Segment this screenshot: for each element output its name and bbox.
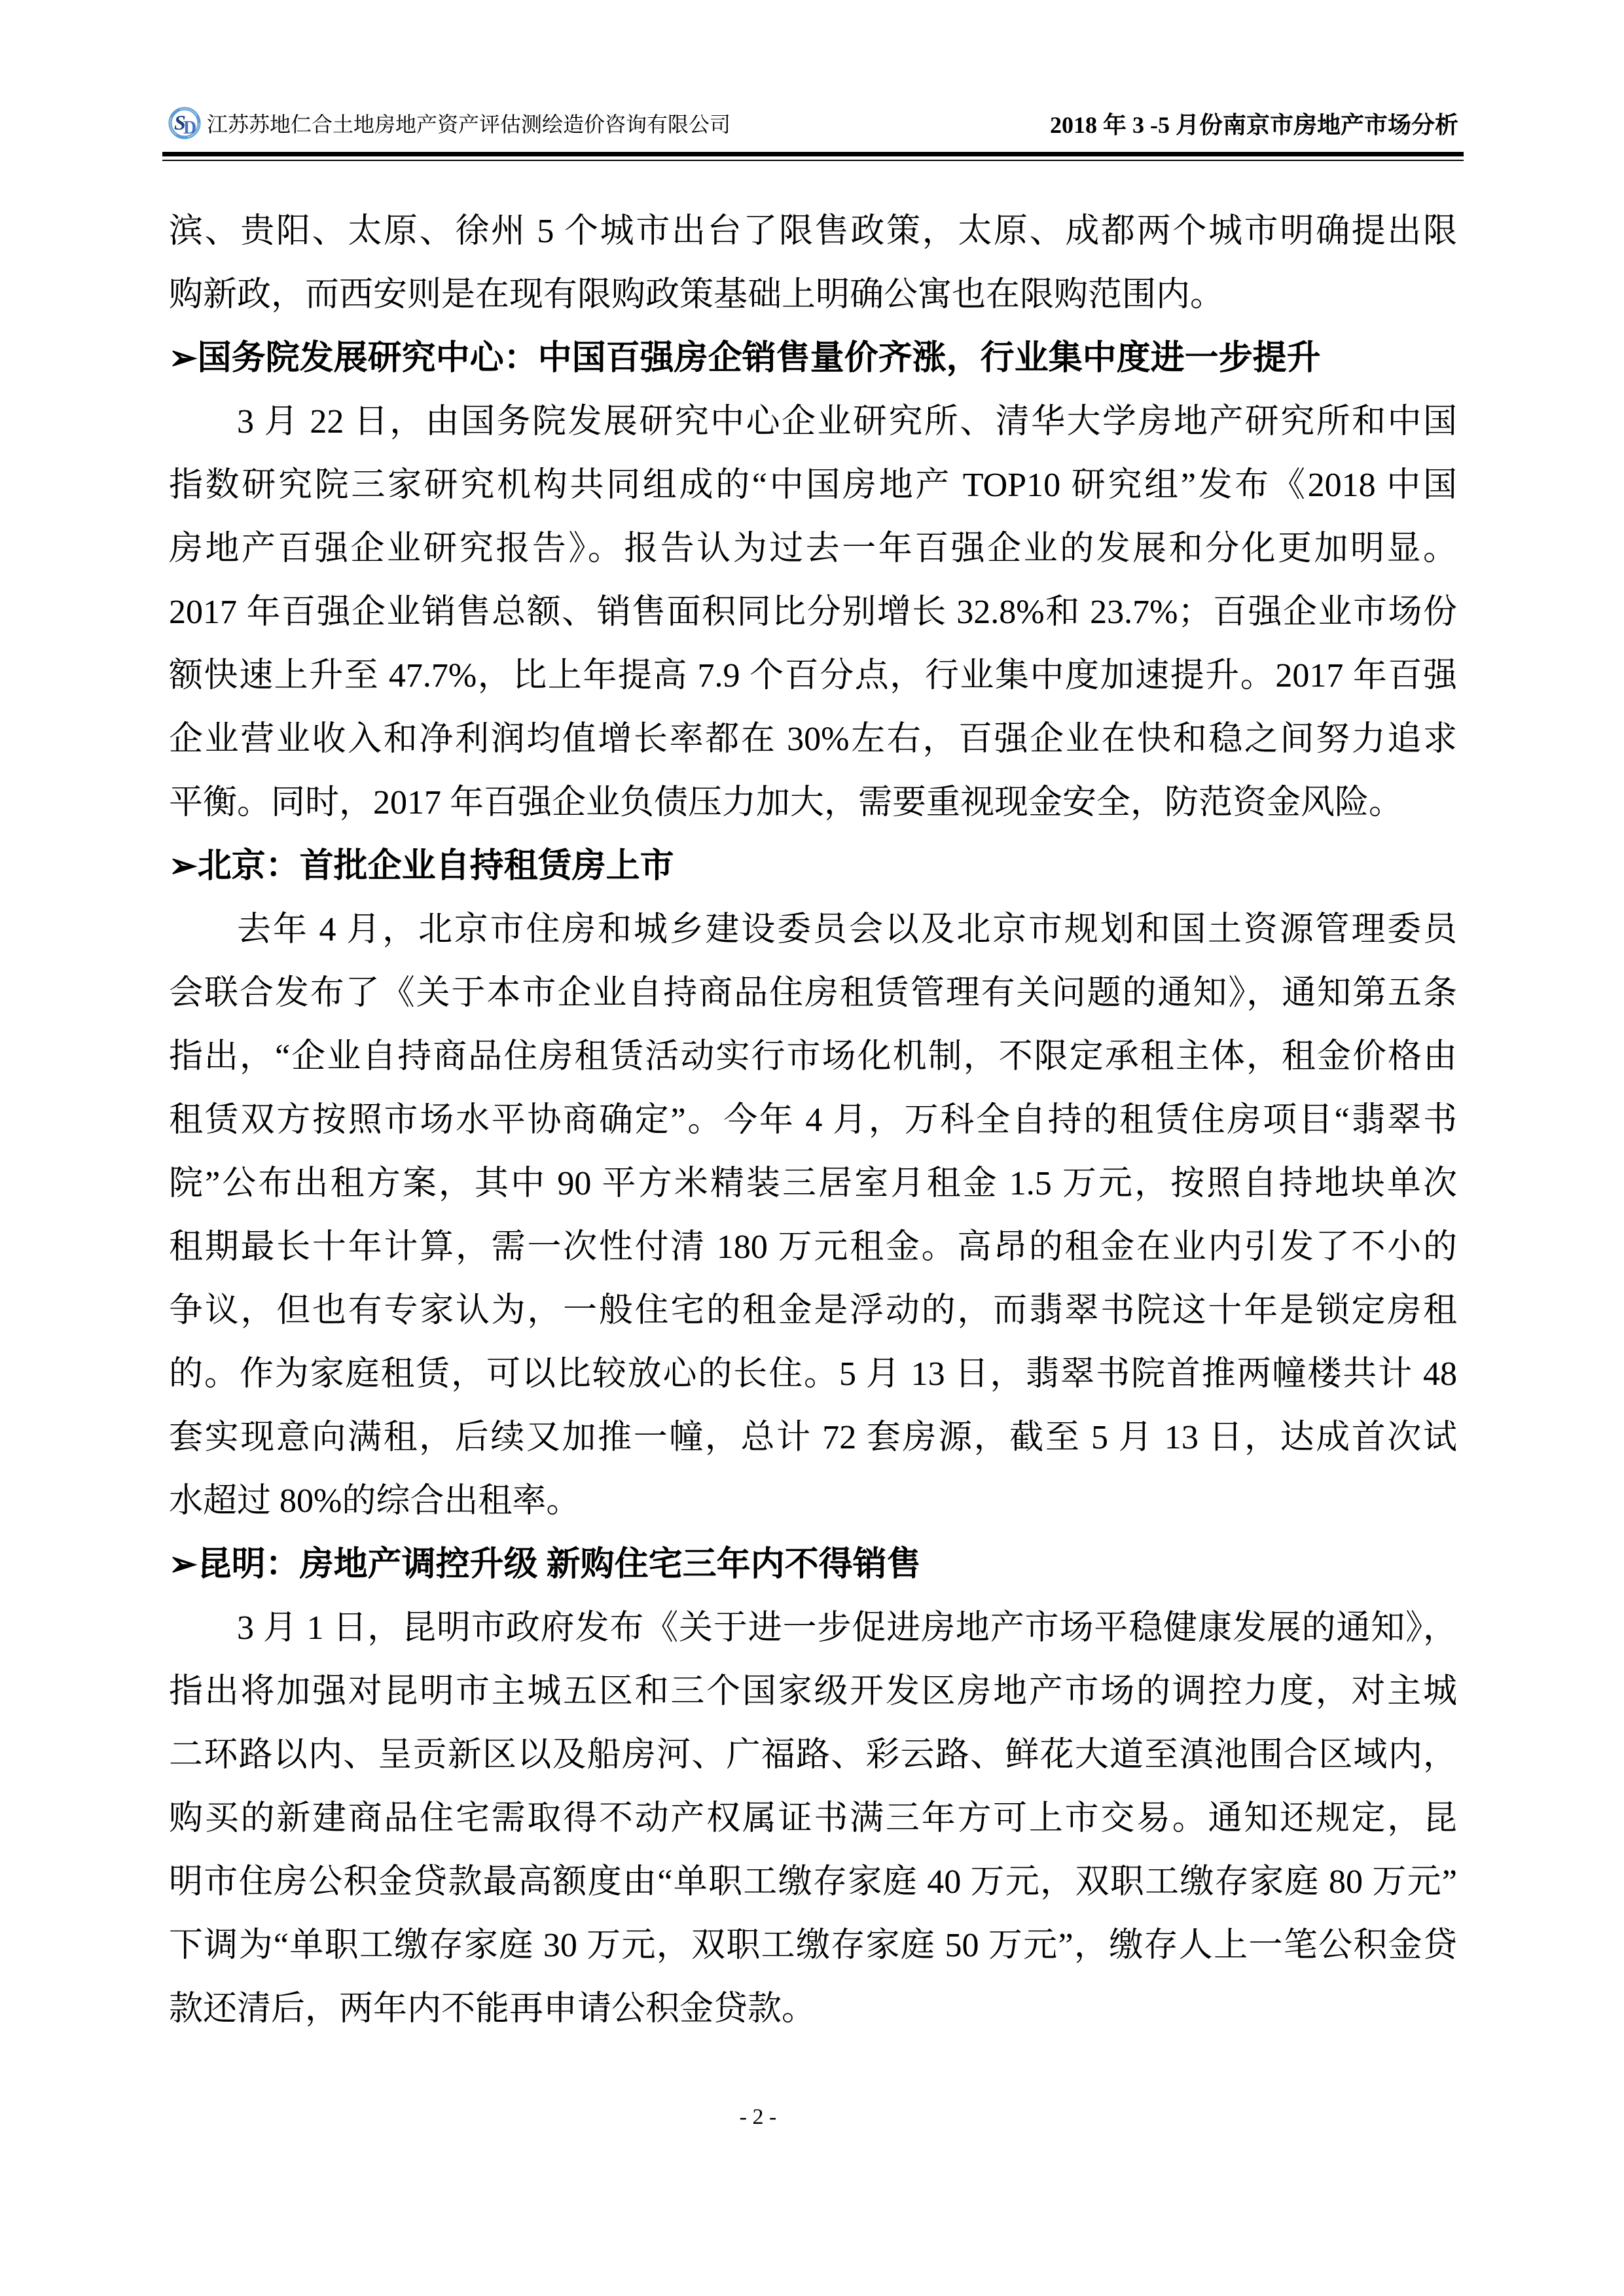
body-line: 指出，“企业自持商品住房租赁活动实行市场化机制，不限定承租主体，租金价格由	[169, 1025, 1457, 1088]
body-line: 房地产百强企业研究报告》。报告认为过去一年百强企业的发展和分化更加明显。	[169, 517, 1457, 581]
body-line: 明市住房公积金贷款最高额度由“单职工缴存家庭 40 万元，双职工缴存家庭 80 …	[169, 1850, 1457, 1914]
company-logo-icon: S D	[168, 106, 202, 140]
body-line: 的。作为家庭租赁，可以比较放心的长住。5 月 13 日，翡翠书院首推两幢楼共计 …	[169, 1342, 1457, 1406]
page-number: - 2 -	[740, 2105, 777, 2129]
body-line: 租期最长十年计算，需一次性付清 180 万元租金。高昂的租金在业内引发了不小的	[169, 1215, 1457, 1279]
body-line: 院”公布出租方案，其中 90 平方米精装三居室月租金 1.5 万元，按照自持地块…	[169, 1152, 1457, 1215]
body-line: 额快速上升至 47.7%，比上年提高 7.9 个百分点，行业集中度加速提升。20…	[169, 644, 1457, 708]
company-name: 江苏苏地仁合土地房地产资产评估测绘造价咨询有限公司	[207, 108, 731, 138]
body-line: 平衡。同时，2017 年百强企业负债压力加大，需要重视现金安全，防范资金风险。	[169, 771, 1457, 834]
body-line: 购新政，而西安则是在现有限购政策基础上明确公寓也在限购范围内。	[169, 263, 1457, 327]
body-line: 会联合发布了《关于本市企业自持商品住房租赁管理有关问题的通知》，通知第五条	[169, 961, 1457, 1025]
page-header: S D 江苏苏地仁合土地房地产资产评估测绘造价咨询有限公司 2018 年 3 -…	[168, 96, 1458, 151]
body-line: 3 月 22 日，由国务院发展研究中心企业研究所、清华大学房地产研究所和中国	[169, 390, 1457, 454]
body-line: 指出将加强对昆明市主城五区和三个国家级开发区房地产市场的调控力度，对主城	[169, 1660, 1457, 1723]
section-heading: ➢国务院发展研究中心：中国百强房企销售量价齐涨，行业集中度进一步提升	[169, 327, 1457, 390]
body-line: 3 月 1 日，昆明市政府发布《关于进一步促进房地产市场平稳健康发展的通知》，	[169, 1596, 1457, 1660]
header-company-block: S D 江苏苏地仁合土地房地产资产评估测绘造价咨询有限公司	[168, 106, 731, 140]
body-line: 购买的新建商品住宅需取得不动产权属证书满三年方可上市交易。通知还规定，昆	[169, 1787, 1457, 1850]
section-heading: ➢昆明：房地产调控升级 新购住宅三年内不得销售	[169, 1533, 1457, 1596]
document-page: S D 江苏苏地仁合土地房地产资产评估测绘造价咨询有限公司 2018 年 3 -…	[0, 0, 1624, 2296]
body-line: 2017 年百强企业销售总额、销售面积同比分别增长 32.8%和 23.7%；百…	[169, 581, 1457, 644]
body-line: 水超过 80%的综合出租率。	[169, 1469, 1457, 1533]
body-line: 争议，但也有专家认为，一般住宅的租金是浮动的，而翡翠书院这十年是锁定房租	[169, 1279, 1457, 1342]
section-heading: ➢北京：首批企业自持租赁房上市	[169, 834, 1457, 898]
body-line: 去年 4 月，北京市住房和城乡建设委员会以及北京市规划和国土资源管理委员	[169, 898, 1457, 961]
body-line: 企业营业收入和净利润均值增长率都在 30%左右，百强企业在快和稳之间努力追求	[169, 708, 1457, 771]
page-footer: - 2 -	[169, 2105, 1457, 2130]
document-title: 2018 年 3 -5 月份南京市房地产市场分析	[1050, 107, 1458, 140]
body-line: 款还清后，两年内不能再申请公积金贷款。	[169, 1977, 1457, 2041]
body-line: 租赁双方按照市场水平协商确定”。今年 4 月，万科全自持的租赁住房项目“翡翠书	[169, 1088, 1457, 1152]
header-divider	[162, 152, 1464, 161]
body-line: 下调为“单职工缴存家庭 30 万元，双职工缴存家庭 50 万元”，缴存人上一笔公…	[169, 1914, 1457, 1977]
body-content: 滨、贵阳、太原、徐州 5 个城市出台了限售政策，太原、成都两个城市明确提出限购新…	[169, 200, 1457, 2041]
body-line: 滨、贵阳、太原、徐州 5 个城市出台了限售政策，太原、成都两个城市明确提出限	[169, 200, 1457, 263]
body-line: 二环路以内、呈贡新区以及船房河、广福路、彩云路、鲜花大道至滇池围合区域内，	[169, 1723, 1457, 1787]
logo-letter-d: D	[183, 118, 196, 138]
body-line: 指数研究院三家研究机构共同组成的“中国房地产 TOP10 研究组”发布《2018…	[169, 454, 1457, 517]
body-line: 套实现意向满租，后续又加推一幢，总计 72 套房源，截至 5 月 13 日，达成…	[169, 1406, 1457, 1469]
